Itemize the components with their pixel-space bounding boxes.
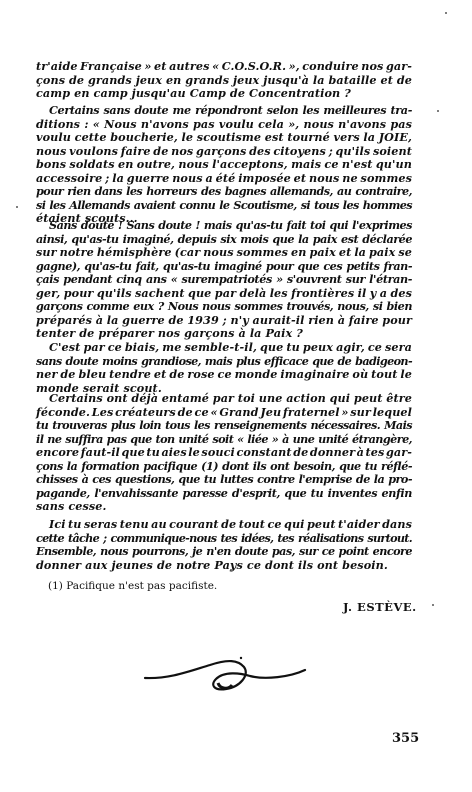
page-number: 355 (392, 731, 419, 746)
flourish-ornament-icon (140, 645, 310, 705)
scan-speck (437, 110, 439, 112)
text-line: gagne), qu'as-tu fait, qu'as-tu imaginé … (36, 260, 412, 274)
text-line: pagande, l'envahissante paresse d'esprit… (36, 487, 412, 501)
footnote: (1) Pacifique n'est pas pacifiste. (48, 580, 217, 592)
text-line: donner aux jeunes de notre Pays ce dont … (36, 559, 412, 573)
text-line: ner de bleu tendre et de rose ce monde i… (36, 368, 412, 382)
text-line: ainsi, qu'as-tu imaginé, depuis six mois… (36, 233, 412, 247)
text-line: çais pendant cinq ans « surempatriotés »… (36, 273, 412, 287)
text-line: sans cesse. (36, 500, 412, 514)
text-line: Certains sans doute me répondront selon … (36, 104, 412, 118)
document-page: tr'aide Française » et autres « C.O.S.O.… (0, 0, 472, 792)
scan-speck (16, 206, 18, 208)
text-line: pour rien dans les horreurs des bagnes a… (36, 185, 412, 199)
text-line: chisses à ces questions, que tu luttes c… (36, 473, 412, 487)
text-line: ditions : « Nous n'avons pas voulu cela … (36, 118, 412, 132)
text-line: camp en camp jusqu'au Camp de Concentrat… (36, 87, 412, 101)
text-line: garçons comme eux ? Nous nous sommes tro… (36, 300, 412, 314)
text-line: Ensemble, nous pourrons, je n'en doute p… (36, 545, 412, 559)
text-line: bons soldats en outre, nous l'acceptons,… (36, 158, 412, 172)
paragraph: Certains sans doute me répondront selon … (36, 104, 412, 226)
text-line: féconde. Les créateurs de ce « Grand Jeu… (36, 406, 412, 420)
scan-speck (445, 12, 447, 14)
paragraph: Sans doute ! Sans doute ! mais qu'as-tu … (36, 219, 412, 341)
text-line: tenter de préparer nos garçons à la Paix… (36, 327, 412, 341)
text-line: tu trouveras plus loin tous les renseign… (36, 419, 412, 433)
paragraph: tr'aide Française » et autres « C.O.S.O.… (36, 60, 412, 101)
text-line: encore faut-il que tu aies le souci cons… (36, 446, 412, 460)
text-line: sans doute moins grandiose, mais plus ef… (36, 355, 412, 369)
text-line: nous voulons faire de nos garçons des ci… (36, 145, 412, 159)
text-line: Certains ont déjà entamé par toi une act… (36, 392, 412, 406)
text-line: çons la formation pacifique (1) dont ils… (36, 460, 412, 474)
text-line: accessoire ; la guerre nous a été imposé… (36, 172, 412, 186)
paragraph: Ici tu seras tenu au courant de tout ce … (36, 518, 412, 572)
text-line: sur notre hémisphère (car nous sommes en… (36, 246, 412, 260)
paragraph: C'est par ce biais, me semble-t-il, que … (36, 341, 412, 395)
text-line: tr'aide Française » et autres « C.O.S.O.… (36, 60, 412, 74)
text-line: Sans doute ! Sans doute ! mais qu'as-tu … (36, 219, 412, 233)
scan-speck (230, 569, 232, 571)
scan-speck (432, 604, 434, 606)
text-line: voulu cette boucherie, le scoutisme est … (36, 131, 412, 145)
text-line: cette tâche ; communique-nous tes idées,… (36, 532, 412, 546)
text-line: ger, pour qu'ils sachent que par delà le… (36, 287, 412, 301)
text-line: il ne suffira pas que ton unité soit « l… (36, 433, 412, 447)
text-line: préparés à la guerre de 1939 ; n'y aurai… (36, 314, 412, 328)
text-line: Ici tu seras tenu au courant de tout ce … (36, 518, 412, 532)
text-line: C'est par ce biais, me semble-t-il, que … (36, 341, 412, 355)
text-line: si les Allemands avaient connu le Scouti… (36, 199, 412, 213)
paragraph: Certains ont déjà entamé par toi une act… (36, 392, 412, 514)
text-line: çons de grands jeux en grands jeux jusqu… (36, 74, 412, 88)
author-signature: J. ESTÈVE. (343, 600, 417, 614)
